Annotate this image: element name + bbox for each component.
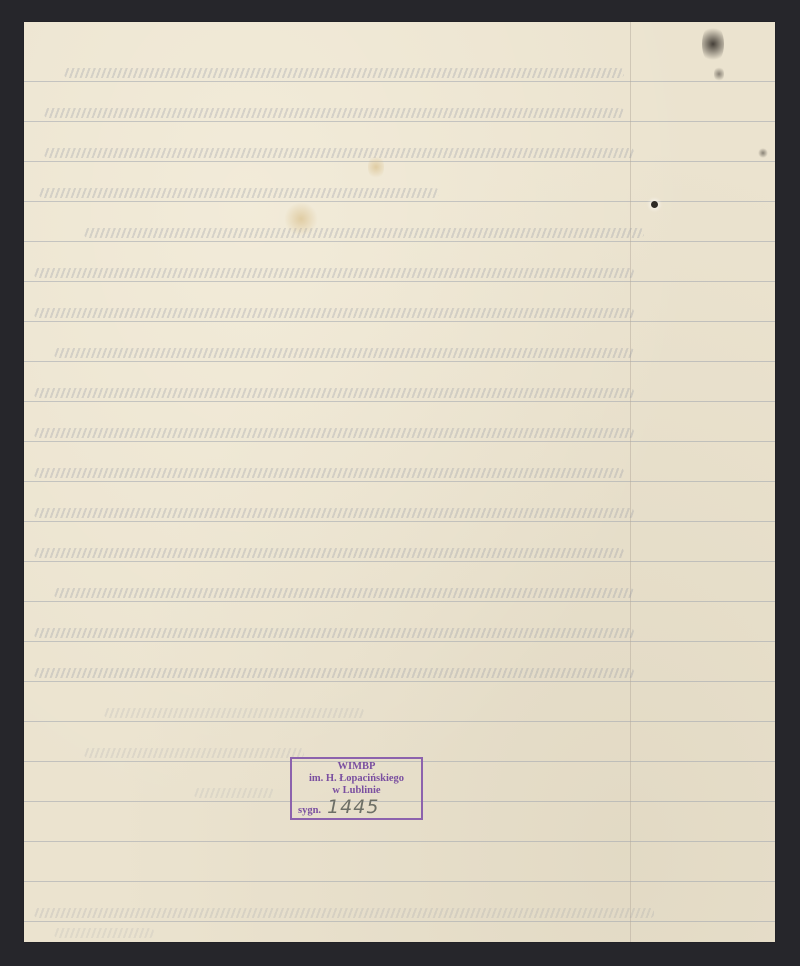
handwriting-ghost — [194, 788, 274, 798]
handwriting-ghost — [54, 928, 154, 938]
handwriting-ghost — [84, 228, 644, 238]
stamp-signature-row: sygn. 1445 — [292, 798, 421, 817]
handwriting-ghost — [64, 68, 624, 78]
handwriting-ghost — [54, 348, 634, 358]
ruled-line — [24, 481, 775, 482]
ruled-line — [24, 121, 775, 122]
document-page: WIMBP im. H. Łopacińskiego w Lublinie sy… — [24, 22, 775, 942]
ruled-line — [24, 841, 775, 842]
handwriting-ghost — [54, 588, 634, 598]
handwriting-ghost — [34, 388, 634, 398]
handwriting-ghost — [34, 628, 634, 638]
ruled-line — [24, 601, 775, 602]
ruled-line — [24, 201, 775, 202]
stain — [368, 154, 384, 180]
ruled-line — [24, 721, 775, 722]
handwriting-ghost — [44, 108, 624, 118]
ruled-line — [24, 81, 775, 82]
ruled-line — [24, 161, 775, 162]
handwriting-ghost — [84, 748, 304, 758]
stamp-name: im. H. Łopacińskiego — [292, 773, 421, 785]
handwriting-ghost — [34, 508, 634, 518]
handwriting-ghost — [34, 308, 634, 318]
handwriting-ghost — [34, 468, 624, 478]
handwriting-ghost — [104, 708, 364, 718]
signature-value: 1445 — [327, 798, 379, 816]
handwriting-ghost — [34, 548, 624, 558]
damage-spot — [714, 66, 724, 82]
ruled-line — [24, 441, 775, 442]
paper-hole — [651, 201, 658, 208]
damage-spot — [702, 24, 724, 64]
ruled-line — [24, 361, 775, 362]
handwriting-ghost — [34, 268, 634, 278]
ruled-line — [24, 921, 775, 922]
ruled-line — [24, 681, 775, 682]
ruled-line — [24, 321, 775, 322]
handwriting-ghost — [34, 668, 634, 678]
handwriting-ghost — [39, 188, 439, 198]
ruled-line — [24, 281, 775, 282]
ruled-line — [24, 401, 775, 402]
ruled-line — [24, 561, 775, 562]
handwriting-ghost — [34, 908, 654, 918]
ruled-line — [24, 241, 775, 242]
ruled-line — [24, 641, 775, 642]
handwriting-ghost — [44, 148, 634, 158]
ruled-line — [24, 881, 775, 882]
damage-spot — [758, 148, 768, 158]
handwriting-ghost — [34, 428, 634, 438]
ruled-line — [24, 521, 775, 522]
stain — [284, 202, 318, 236]
library-stamp: WIMBP im. H. Łopacińskiego w Lublinie sy… — [290, 757, 423, 820]
signature-label: sygn. — [298, 805, 321, 817]
margin-line — [630, 22, 631, 942]
stamp-institution: WIMBP — [292, 761, 421, 773]
